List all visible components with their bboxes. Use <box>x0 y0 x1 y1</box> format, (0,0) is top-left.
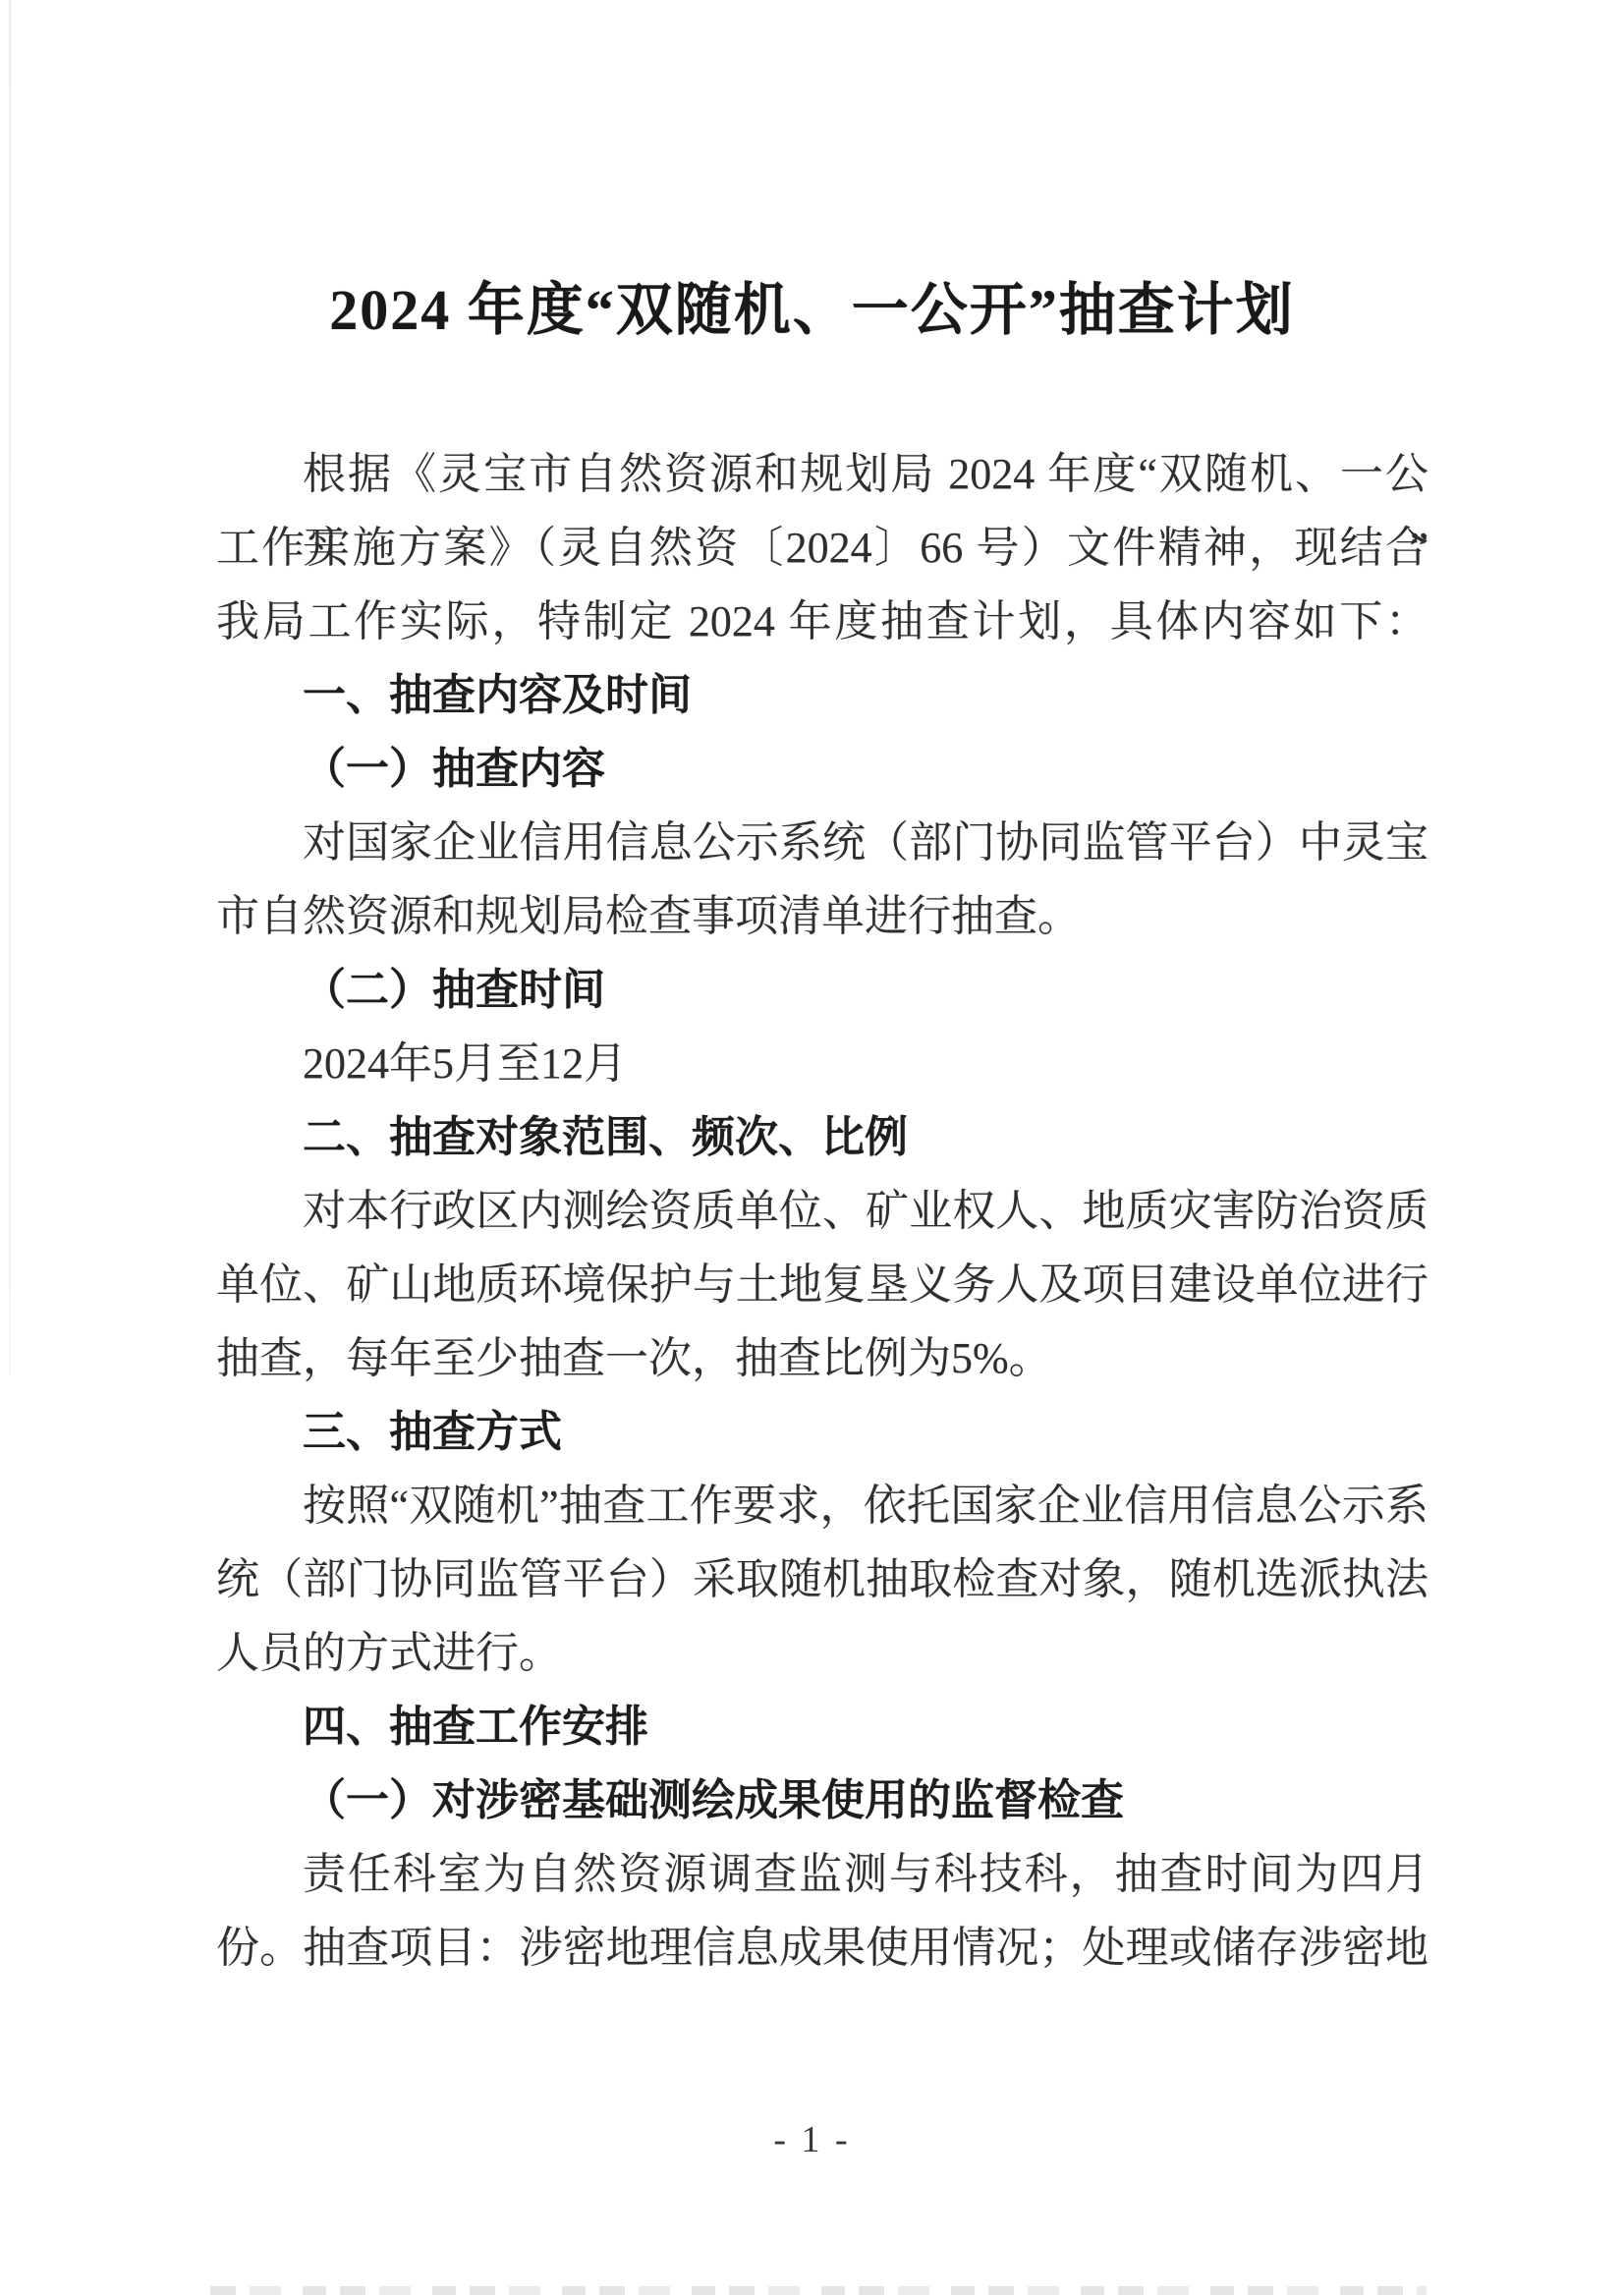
body-line: 工作实施方案》（灵自然资〔2024〕66 号）文件精神，现结合 <box>216 511 1428 585</box>
heading-sub-1-1: （一）抽查内容 <box>216 732 1428 806</box>
body-line: 责任科室为自然资源调查监测与科技科，抽查时间为四月 <box>216 1837 1428 1911</box>
body-line: 人员的方式进行。 <box>216 1616 1428 1690</box>
scanned-document-page: 2024 年度“双随机、一公开”抽查计划 根据《灵宝市自然资源和规划局 2024… <box>0 0 1624 2295</box>
body-line: 市自然资源和规划局检查事项清单进行抽查。 <box>216 879 1428 953</box>
heading-section-4: 四、抽查工作安排 <box>216 1690 1428 1763</box>
heading-sub-1-2: （二）抽查时间 <box>216 953 1428 1027</box>
document-title: 2024 年度“双随机、一公开”抽查计划 <box>0 265 1624 356</box>
page-number: - 1 - <box>0 2112 1624 2167</box>
heading-section-3: 三、抽查方式 <box>216 1395 1428 1469</box>
heading-section-2: 二、抽查对象范围、频次、比例 <box>216 1100 1428 1174</box>
body-line: 我局工作实际，特制定 2024 年度抽查计划，具体内容如下： <box>216 585 1428 658</box>
body-line: 统（部门协同监管平台）采取随机抽取检查对象，随机选派执法 <box>216 1542 1428 1616</box>
body-line: 按照“双随机”抽查工作要求，依托国家企业信用信息公示系 <box>216 1469 1428 1542</box>
body-line: 份。抽查项目：涉密地理信息成果使用情况；处理或储存涉密地 <box>216 1911 1428 1985</box>
heading-sub-4-1: （一）对涉密基础测绘成果使用的监督检查 <box>216 1763 1428 1837</box>
document-body: 根据《灵宝市自然资源和规划局 2024 年度“双随机、一公开” 工作实施方案》（… <box>216 437 1428 1985</box>
body-line: 根据《灵宝市自然资源和规划局 2024 年度“双随机、一公开” <box>216 437 1428 511</box>
next-page-text-edge-artifact <box>210 2286 1427 2295</box>
body-line: 单位、矿山地质环境保护与土地复垦义务人及项目建设单位进行 <box>216 1248 1428 1321</box>
body-line: 对国家企业信用信息公示系统（部门协同监管平台）中灵宝 <box>216 806 1428 879</box>
body-line: 对本行政区内测绘资质单位、矿业权人、地质灾害防治资质 <box>216 1174 1428 1248</box>
scan-edge-artifact <box>9 0 11 1375</box>
heading-section-1: 一、抽查内容及时间 <box>216 658 1428 732</box>
body-line: 2024年5月至12月 <box>216 1027 1428 1100</box>
body-line: 抽查，每年至少抽查一次，抽查比例为5%。 <box>216 1321 1428 1395</box>
